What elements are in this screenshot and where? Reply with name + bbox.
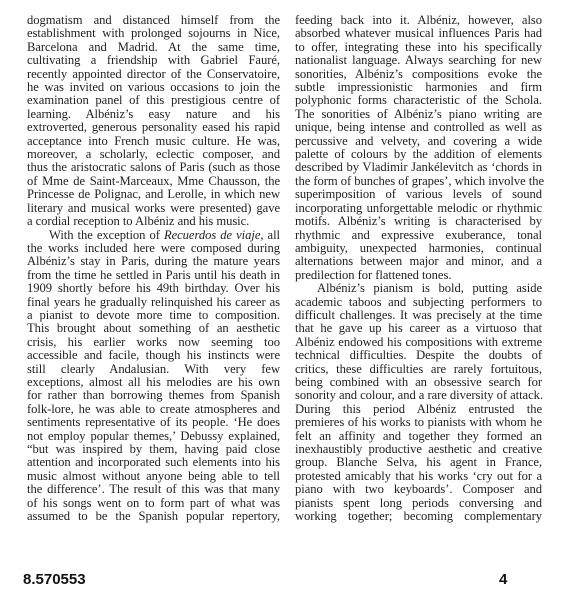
text-line: felt an affinity and together they forme…	[295, 430, 542, 443]
text-line: cultivating a friendship with Gabriel Fa…	[27, 54, 280, 67]
catalogue-number: 8.570553	[23, 571, 86, 588]
text-line: moreover, a scholarly, eclectic composer…	[27, 148, 280, 161]
text-line: assumed to be the Spanish popular repert…	[27, 510, 280, 523]
text-fragment: , all	[260, 228, 280, 242]
text-line: The sonorities of Albéniz’s piano writin…	[295, 108, 542, 121]
text-line: piano with two keyboards’. Composer and	[295, 483, 542, 496]
text-line: predilection for flattened tones.	[295, 269, 542, 282]
text-line: palette of colours by the addition of el…	[295, 148, 542, 161]
text-line: Princesse de Polignac, and Lerolle, in w…	[27, 188, 280, 201]
text-line: crisis, his earlier works now seeming to…	[27, 336, 280, 349]
text-line: group. Blanche Selva, his agent in Franc…	[295, 456, 542, 469]
text-line: of Mme de Saint-Marceaux, Mme Chausson, …	[27, 175, 280, 188]
text-line: academic taboos and subjecting performer…	[295, 296, 542, 309]
text-line: literary and musical works were presente…	[27, 202, 280, 215]
page-number: 4	[499, 571, 507, 588]
text-line: he was invited on various occasions to j…	[27, 81, 280, 94]
text-line: protested amicably that his works ‘cry o…	[295, 470, 542, 483]
text-line: sonority and colour, and a rare diversit…	[295, 389, 542, 402]
text-line: percussive and velvety, and covering a w…	[295, 135, 542, 148]
text-line: exceptions, almost all his melodies are …	[27, 376, 280, 389]
text-line: polyphonic forms characteristic of the S…	[295, 94, 542, 107]
text-line: 1909 shortly before his 49th birthday. O…	[27, 282, 280, 295]
text-line-with-title: With the exception of Recuerdos de viaje…	[27, 229, 280, 242]
text-line: from the time he settled in Paris until …	[27, 269, 280, 282]
text-line: the form of bunches of grapes’, which in…	[295, 175, 542, 188]
text-line: not employ popular themes,’ Debussy expl…	[27, 430, 280, 443]
text-line: feeding back into it. Albéniz, however, …	[295, 14, 542, 27]
text-line: motifs. Albéniz’s writing is characteris…	[295, 215, 542, 228]
paragraph-sonorities: feeding back into it. Albéniz, however, …	[295, 14, 542, 282]
text-line: Albéniz’s stay in Paris, during the matu…	[27, 255, 280, 268]
text-line: folk-lore, he was able to create atmosph…	[27, 403, 280, 416]
text-line: being combined with an obsessive search …	[295, 376, 542, 389]
text-line: the difference’. The result of this was …	[27, 483, 280, 496]
text-line: “but was inspired by them, having paid c…	[27, 443, 280, 456]
text-line: sentiments representative of its people.…	[27, 416, 280, 429]
text-line: pianists spent long periods conversing a…	[295, 497, 542, 510]
text-line: sonorities, Albéniz’s compositions evoke…	[295, 68, 542, 81]
text-line: subtle impressionistic harmonies and fir…	[295, 81, 542, 94]
text-line: accessible and facile, though his instin…	[27, 349, 280, 362]
text-line: absorbed whatever musical influences Par…	[295, 27, 542, 40]
text-line: still clearly Andalusian. With very few	[27, 363, 280, 376]
text-line: extroverted, generous personality eased …	[27, 121, 280, 134]
text-line: This brought about something of an aesth…	[27, 322, 280, 335]
text-line: unique, being intense and controlled as …	[295, 121, 542, 134]
text-line: Albéniz’s pianism is bold, putting aside	[295, 282, 542, 295]
text-line: Albéniz endowed his compositions with ex…	[295, 336, 542, 349]
text-line: to offer, integrating these into his spe…	[295, 41, 542, 54]
text-line: a pianist to devote more time to composi…	[27, 309, 280, 322]
text-line: described by Vladimir Jankélevitch as ‘c…	[295, 161, 542, 174]
text-line: alternations between major and minor, an…	[295, 255, 542, 268]
text-line: the works included here were composed du…	[27, 242, 280, 255]
text-line: superimposition of various levels of sou…	[295, 188, 542, 201]
booklet-page: dogmatism and distanced himself from the…	[0, 0, 570, 600]
text-line: attention and incorporated such elements…	[27, 456, 280, 469]
text-line: dogmatism and distanced himself from the	[27, 14, 280, 27]
paragraph-paris-works: With the exception of Recuerdos de viaje…	[27, 229, 280, 524]
text-line: for rather than borrowing themes from Sp…	[27, 389, 280, 402]
text-line: nationalist language. Always searching f…	[295, 54, 542, 67]
text-fragment: With the exception of	[49, 228, 164, 242]
text-line: music almost without anyone being able t…	[27, 470, 280, 483]
text-line: recently appointed director of the Conse…	[27, 68, 280, 81]
text-line: of his songs went on to form part of wha…	[27, 497, 280, 510]
left-column: dogmatism and distanced himself from the…	[27, 14, 280, 523]
text-line: a cordial reception to Albéniz and his m…	[27, 215, 280, 228]
text-line: final years he gradually relinquished hi…	[27, 296, 280, 309]
text-line: difficult challenges. It was precisely a…	[295, 309, 542, 322]
text-line: premieres of his works to pianists with …	[295, 416, 542, 429]
text-line: that he gave up his career as a virtuoso…	[295, 322, 542, 335]
text-line: Barcelona and Madrid. At the same time,	[27, 41, 280, 54]
text-line: learning. Albéniz’s easy nature and his	[27, 108, 280, 121]
right-column: feeding back into it. Albéniz, however, …	[295, 14, 542, 523]
text-line: working together; becoming complementary	[295, 510, 542, 523]
paragraph-salons: dogmatism and distanced himself from the…	[27, 14, 280, 229]
text-line: establishment with prolonged sojourns in…	[27, 27, 280, 40]
text-line: examination panel of this prestigious ce…	[27, 94, 280, 107]
text-line: critics, these difficulties are rarely f…	[295, 363, 542, 376]
text-line: technical difficulties. Despite the doub…	[295, 349, 542, 362]
text-line: inexhaustibly productive aesthetic and c…	[295, 443, 542, 456]
text-line: acceptance into French music culture. He…	[27, 135, 280, 148]
text-line: During this period Albéniz entrusted the	[295, 403, 542, 416]
paragraph-pianism: Albéniz’s pianism is bold, putting aside…	[295, 282, 542, 523]
work-title-recuerdos-de-viaje: Recuerdos de viaje	[164, 228, 260, 242]
text-line: ambiguity, unexpected harmonies, continu…	[295, 242, 542, 255]
text-line: incorporating unforgettable melodic or r…	[295, 202, 542, 215]
text-line: thus the aristocratic salons of Paris (s…	[27, 161, 280, 174]
text-line: rhythmic and expressive exuberance, tona…	[295, 229, 542, 242]
